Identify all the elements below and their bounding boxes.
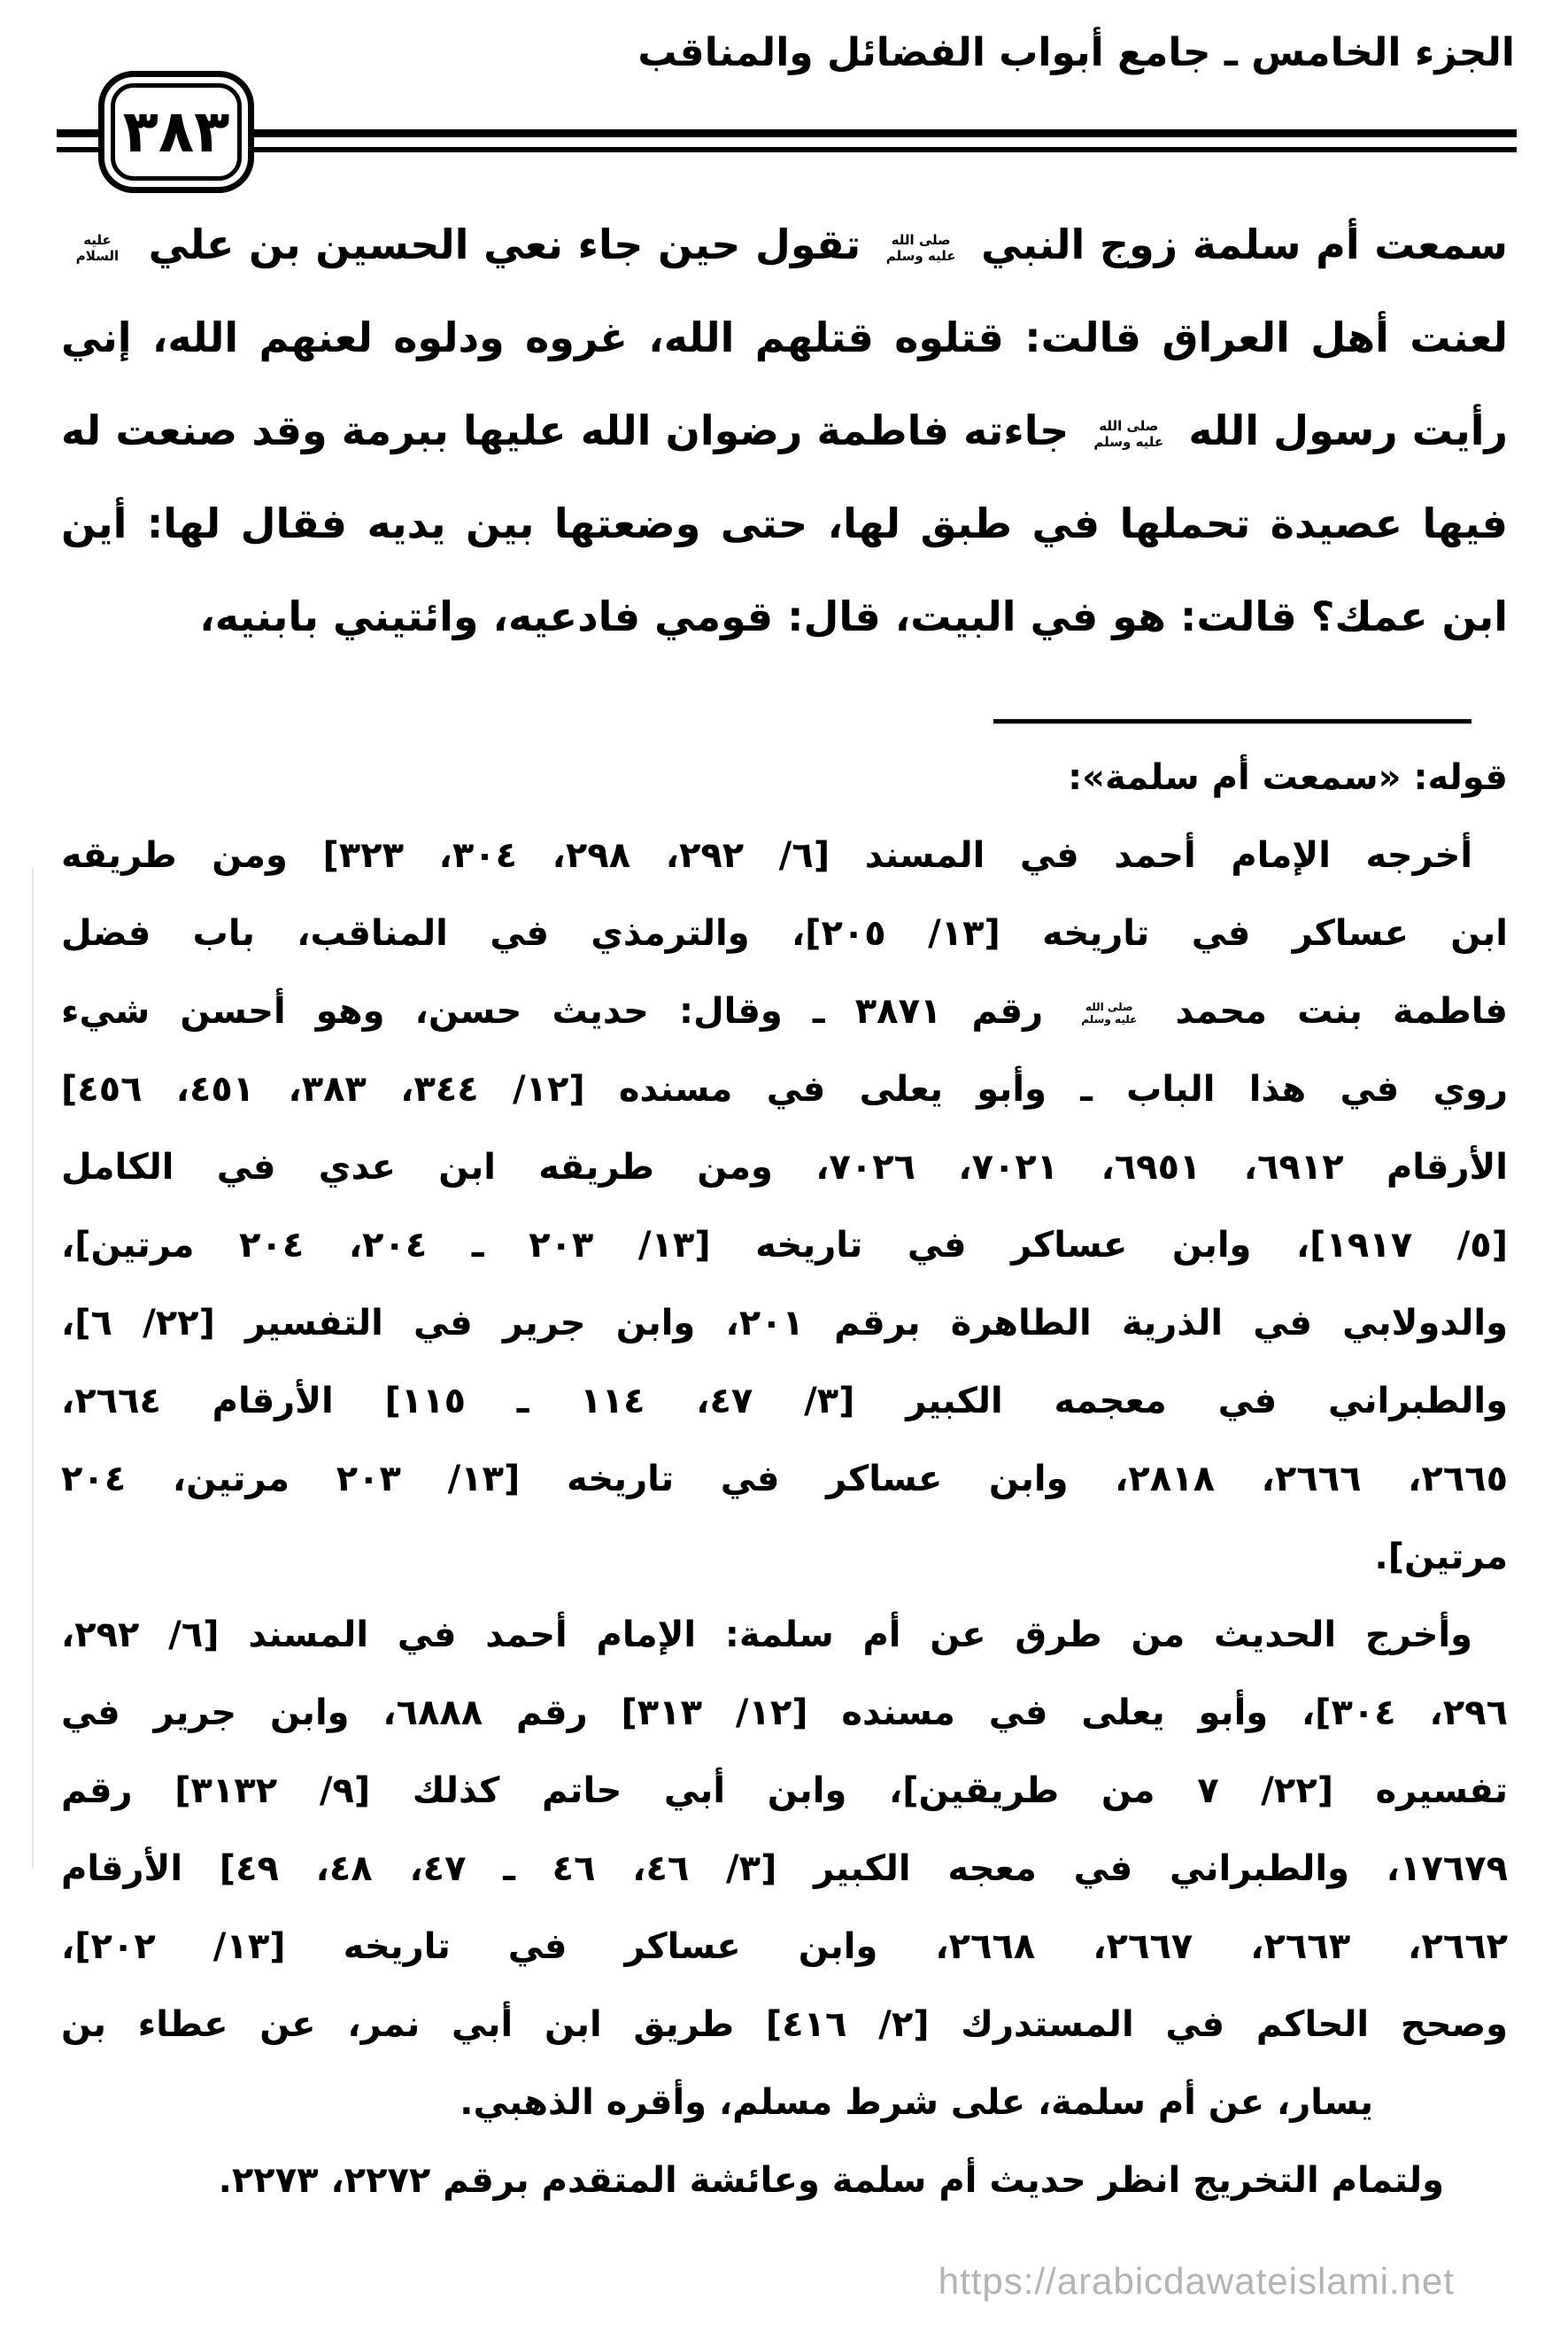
footnote-line-13: ٢٩٦، ٣٠٤]، وأبو يعلى في مسنده [١٢/ ٣١٣] … — [61, 1674, 1508, 1752]
body-line-5: ابن عمك؟ قالت: هو في البيت، قال: قومي فا… — [61, 570, 1508, 663]
footnote-line-7: [٥/ ١٩١٧]، وابن عساكر في تاريخه [١٣/ ٢٠٣… — [61, 1206, 1508, 1284]
body-line-1-text-b: تقول حين جاء نعي الحسين بن علي — [149, 221, 861, 268]
footnote-line-2: أخرجه الإمام أحمد في المسند [٦/ ٢٩٢، ٢٩٨… — [61, 817, 1508, 894]
body-line-1: سمعت أم سلمة زوج النبي صلى الله عليه وسل… — [61, 198, 1508, 291]
footnote-line-3: ابن عساكر في تاريخه [١٣/ ٢٠٥]، والترمذي … — [61, 894, 1508, 972]
header-rule-top — [57, 129, 1517, 137]
pbuh-seal: صلى الله عليه وسلم — [886, 232, 956, 264]
pbuh-seal: صلى الله عليه وسلم — [1081, 1001, 1137, 1026]
footnote-separator — [993, 719, 1471, 724]
footnote-line-10: ٢٦٦٥، ٢٦٦٦، ٢٨١٨، وابن عساكر في تاريخه [… — [61, 1440, 1508, 1518]
footnote-line-15: ١٧٦٧٩، والطبراني في معجه الكبير [٣/ ٤٦، … — [61, 1830, 1508, 1908]
footnote-line-16: ٢٦٦٢، ٢٦٦٣، ٢٦٦٧، ٢٦٦٨، وابن عساكر في تا… — [61, 1908, 1508, 1986]
watermark-url: https://arabicdawateislami.net — [938, 2260, 1455, 2303]
header-rule-bottom — [57, 147, 1517, 152]
body-line-3: رأيت رسول الله صلى الله عليه وسلم جاءته … — [61, 384, 1508, 477]
body-line-3-text-b: جاءته فاطمة رضوان الله عليها ببرمة وقد ص… — [61, 407, 1069, 454]
footnote-line-4: فاطمة بنت محمد صلى الله عليه وسلم رقم ٣٨… — [61, 972, 1508, 1050]
body-line-4: فيها عصيدة تحملها في طبق لها، حتى وضعتها… — [61, 477, 1508, 570]
page-number-cartouche: ٣٨٣ — [98, 71, 254, 193]
footnotes: قوله: «سمعت أم سلمة»: أخرجه الإمام أحمد … — [61, 739, 1508, 2219]
footnote-line-14: تفسيره [٢٢/ ٧ من طريقين]، وابن أبي حاتم … — [61, 1752, 1508, 1830]
footnote-line-4-text-b: رقم ٣٨٧١ ـ وقال: حديث حسن، وهو أحسن شيء — [61, 991, 1043, 1032]
footnote-line-6: الأرقام ٦٩١٢، ٦٩٥١، ٧٠٢١، ٧٠٢٦، ومن طريق… — [61, 1128, 1508, 1206]
footnote-line-5: روي في هذا الباب ـ وأبو يعلى في مسنده [١… — [61, 1050, 1508, 1128]
footnote-line-4-text-a: فاطمة بنت محمد — [1175, 991, 1507, 1032]
body-line-1-text-a: سمعت أم سلمة زوج النبي — [981, 221, 1508, 268]
page-number: ٣٨٣ — [111, 83, 242, 181]
pbuh-seal: صلى الله عليه وسلم — [1093, 418, 1163, 450]
hadith-body: سمعت أم سلمة زوج النبي صلى الله عليه وسل… — [61, 198, 1508, 663]
footnote-line-8: والدولابي في الذرية الطاهرة برقم ٢٠١، وا… — [61, 1284, 1508, 1362]
body-line-2: لعنت أهل العراق قالت: قتلوه قتلهم الله، … — [61, 291, 1508, 384]
book-page: الجزء الخامس ـ جامع أبواب الفضائل والمنا… — [0, 0, 1568, 2331]
scan-crease — [32, 868, 34, 1869]
footnote-line-1: قوله: «سمعت أم سلمة»: — [61, 739, 1508, 817]
footnote-line-18: يسار، عن أم سلمة، على شرط مسلم، وأقره ال… — [61, 2064, 1508, 2141]
footnote-line-12: وأخرج الحديث من طرق عن أم سلمة: الإمام أ… — [61, 1596, 1508, 1674]
alayhis-salam-seal: عليه السلام — [72, 232, 123, 264]
footnote-line-9: والطبراني في معجمه الكبير [٣/ ٤٧، ١١٤ ـ … — [61, 1362, 1508, 1440]
footnote-line-19: ولتمام التخريج انظر حديث أم سلمة وعائشة … — [61, 2141, 1508, 2219]
page-header-title: الجزء الخامس ـ جامع أبواب الفضائل والمنا… — [637, 30, 1515, 75]
footnote-line-11: مرتين]. — [61, 1518, 1508, 1596]
footnote-line-17: وصحح الحاكم في المستدرك [٢/ ٤١٦] طريق اب… — [61, 1986, 1508, 2064]
body-line-3-text-a: رأيت رسول الله — [1188, 407, 1508, 454]
